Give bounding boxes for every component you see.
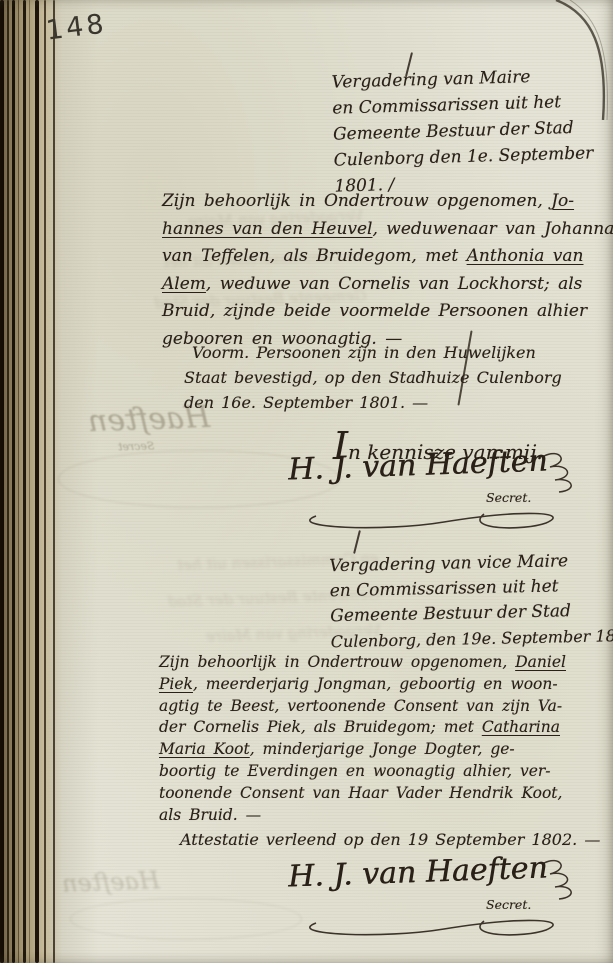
entry1-signature: H. J. van Haeften Secret. — [288, 446, 588, 541]
body-line: Piek, meerderjarig Jongman, geboortig en… — [159, 674, 566, 696]
body-line: Alem, weduwe van Cornelis van Lockhorst;… — [162, 271, 613, 299]
heading-line: Culenborg, den 19e. September 1801 — [331, 623, 613, 654]
entry2-signature: H. J. van Haeften Secret. — [288, 853, 588, 948]
body-line: boortig te Everdingen en woonagtig alhie… — [159, 761, 566, 783]
page-number: 148 — [44, 8, 108, 46]
body-line: agtig te Beest, vertoonende Consent van … — [159, 696, 566, 718]
bleedthrough-signature: Haeften — [62, 866, 161, 897]
body-line: hannes van den Heuvel, weduwenaar van Jo… — [162, 216, 613, 244]
body-line: Zijn behoorlijk in Ondertrouw opgenomen,… — [162, 188, 613, 216]
binding-edge-line — [7, 0, 9, 963]
confirmation-line: Staat bevestigd, op den Stadhuize Culenb… — [184, 365, 562, 390]
body-line: toonende Consent van Haar Vader Hendrik … — [159, 783, 566, 805]
signature-flourish — [292, 849, 582, 953]
entry1-confirmation: Voorm. Persoonen zijn in den Huwelijken … — [184, 340, 562, 415]
signature-title: Secret. — [486, 897, 531, 912]
binding-edge-line — [12, 0, 15, 963]
body-line: Maria Koot, minderjarige Jonge Dogter, g… — [159, 739, 566, 761]
binding-edge-line — [0, 0, 4, 963]
confirmation-line: den 16e. September 1801. — — [184, 390, 562, 415]
confirmation-line: Voorm. Persoonen zijn in den Huwelijken — [192, 340, 562, 365]
body-line: der Cornelis Piek, als Bruidegom; met Ca… — [159, 717, 566, 739]
binding-edge-line — [18, 0, 19, 963]
body-line: als Bruid. — — [159, 805, 566, 827]
signature-title: Secret. — [486, 490, 531, 505]
body-line: Bruid, zijnde beide voormelde Persoonen … — [162, 298, 613, 326]
entry1-body: Zijn behoorlijk in Ondertrouw opgenomen,… — [162, 188, 613, 353]
entry2-attestation-line: Attestatie verleend op den 19 September … — [180, 830, 600, 849]
entry2-heading: Vergadering van vice Maire en Commissari… — [329, 548, 613, 654]
signature-flourish — [292, 442, 582, 546]
binding-edge-line — [23, 0, 26, 963]
body-line: Zijn behoorlijk in Ondertrouw opgenomen,… — [159, 652, 566, 674]
bleedthrough-flourish — [70, 898, 302, 940]
binding-edge-line — [44, 0, 46, 963]
binding-edge-line — [53, 0, 55, 963]
entry2-body: Zijn behoorlijk in Ondertrouw opgenomen,… — [159, 652, 566, 826]
binding-edge-line — [29, 0, 30, 963]
entry1-heading: Vergadering van Maire en Commissarissen … — [331, 62, 594, 199]
register-page-scan: Vergadering van Maire en Commissarissen … — [0, 0, 613, 963]
bleedthrough-signature-title: Secret — [118, 439, 155, 453]
binding-edge-line — [35, 0, 39, 963]
body-line: van Teffelen, als Bruidegom, met Anthoni… — [162, 243, 613, 271]
book-binding — [0, 0, 62, 963]
